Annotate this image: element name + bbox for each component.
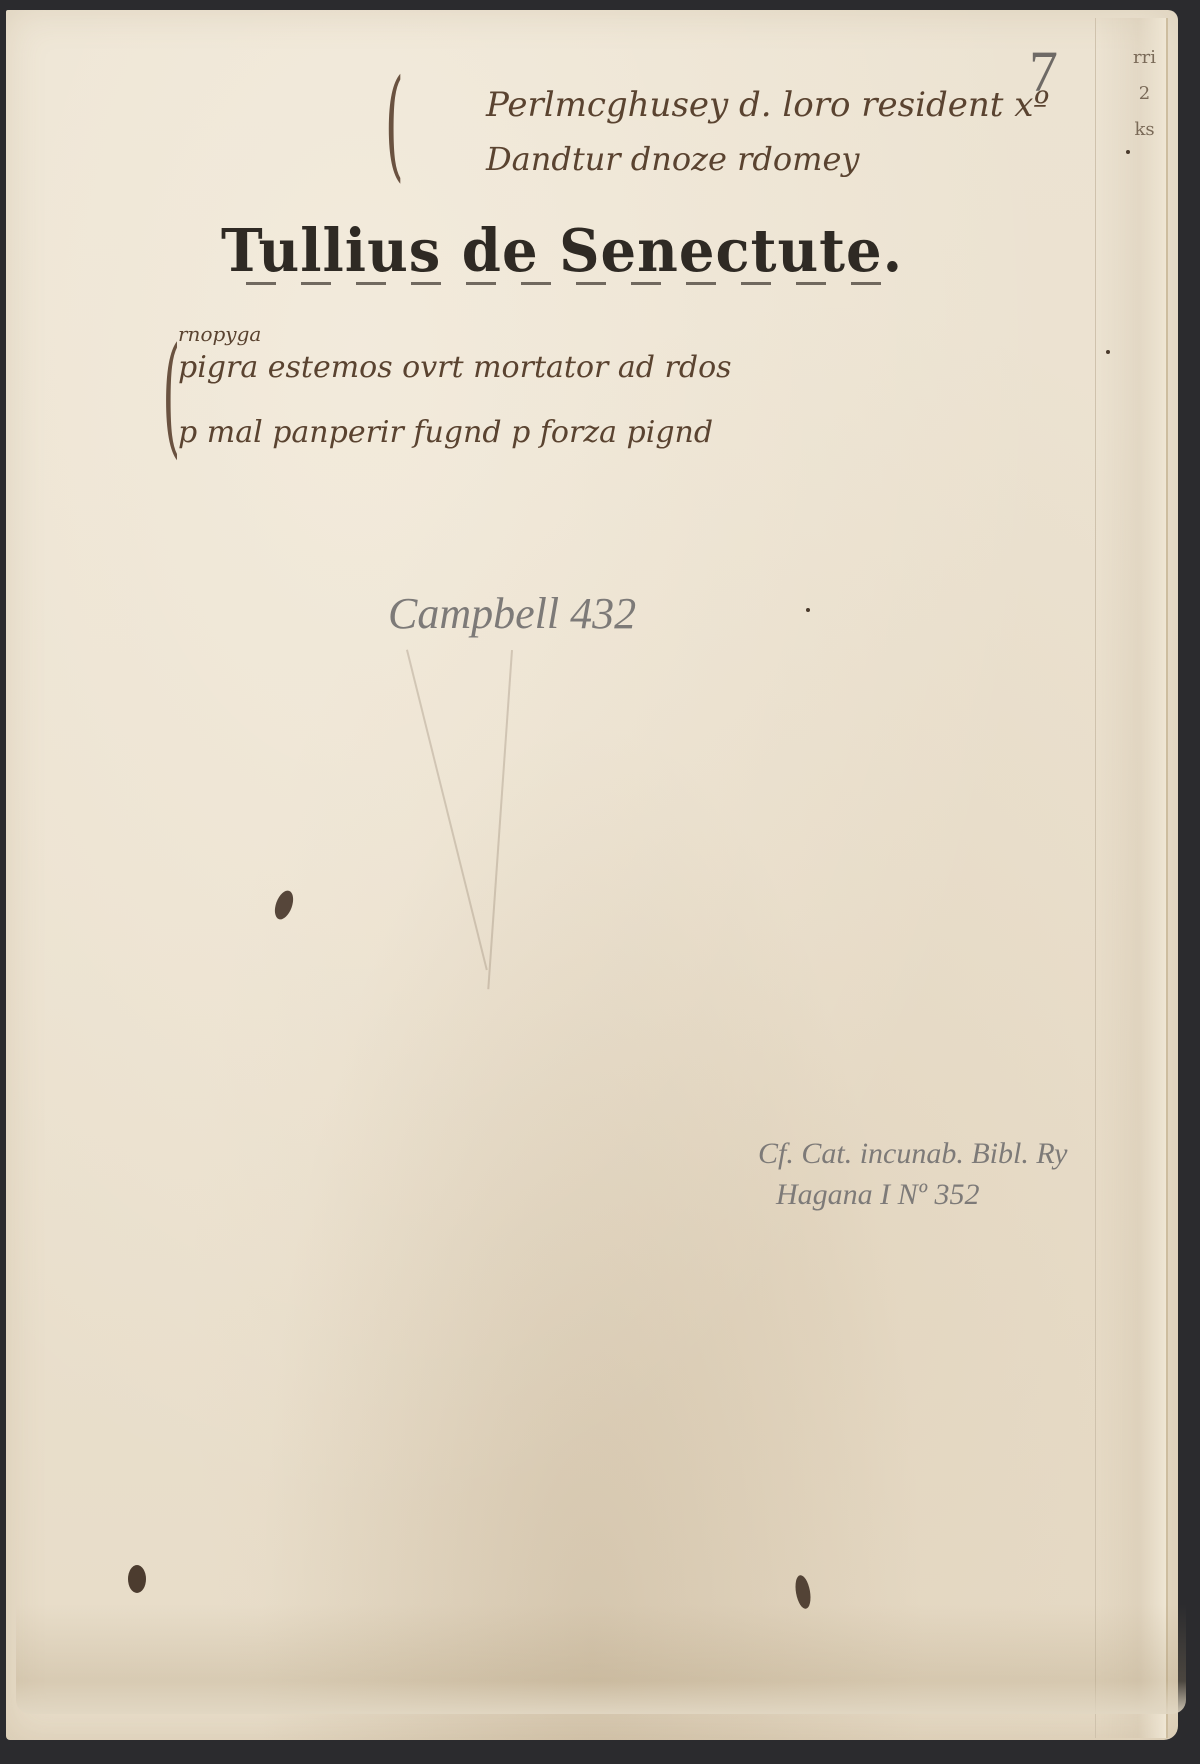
ink-stain [271, 888, 296, 922]
printed-title: Tullius de Senectute. [221, 216, 903, 285]
speck [806, 608, 810, 612]
handwritten-note-top-line-1: Perlmcghusey d. loro resident xº [486, 85, 1049, 125]
fore-edge-mark: ks [1133, 112, 1156, 148]
fore-edge-marks: rri 2 ks [1133, 40, 1156, 148]
speck [1106, 350, 1110, 354]
handwritten-note-middle-line-2: p mal panperir fugnd p forza pignd [178, 415, 713, 450]
title-underline-marks [246, 282, 886, 285]
pencil-catalog-reference-line-2: Hagana I Nº 352 [776, 1178, 979, 1212]
paper-crease [487, 650, 512, 989]
fore-edge-mark: 2 [1133, 76, 1156, 112]
water-damage-bottom [16, 1604, 1186, 1714]
handwritten-note-middle-line-1: pigra estemos ovrt mortator ad rdos [178, 350, 732, 385]
ink-stain [128, 1565, 146, 1593]
handwritten-superscript: rnopyga [178, 322, 261, 346]
folio-number: 7 [1029, 38, 1058, 105]
fore-edge-tab [1095, 18, 1168, 1738]
paper-crease [406, 650, 487, 971]
pencil-shelfmark: Campbell 432 [388, 588, 636, 639]
speck [1126, 150, 1130, 154]
ink-bracket-top: ( [385, 65, 404, 185]
fore-edge-mark: rri [1133, 40, 1156, 76]
handwritten-note-top-line-2: Dandtur dnoze rdomey [486, 140, 860, 178]
manuscript-page: ( Perlmcghusey d. loro resident xº Dandt… [6, 10, 1178, 1740]
pencil-catalog-reference-line-1: Cf. Cat. incunab. Bibl. Ry [758, 1137, 1067, 1171]
